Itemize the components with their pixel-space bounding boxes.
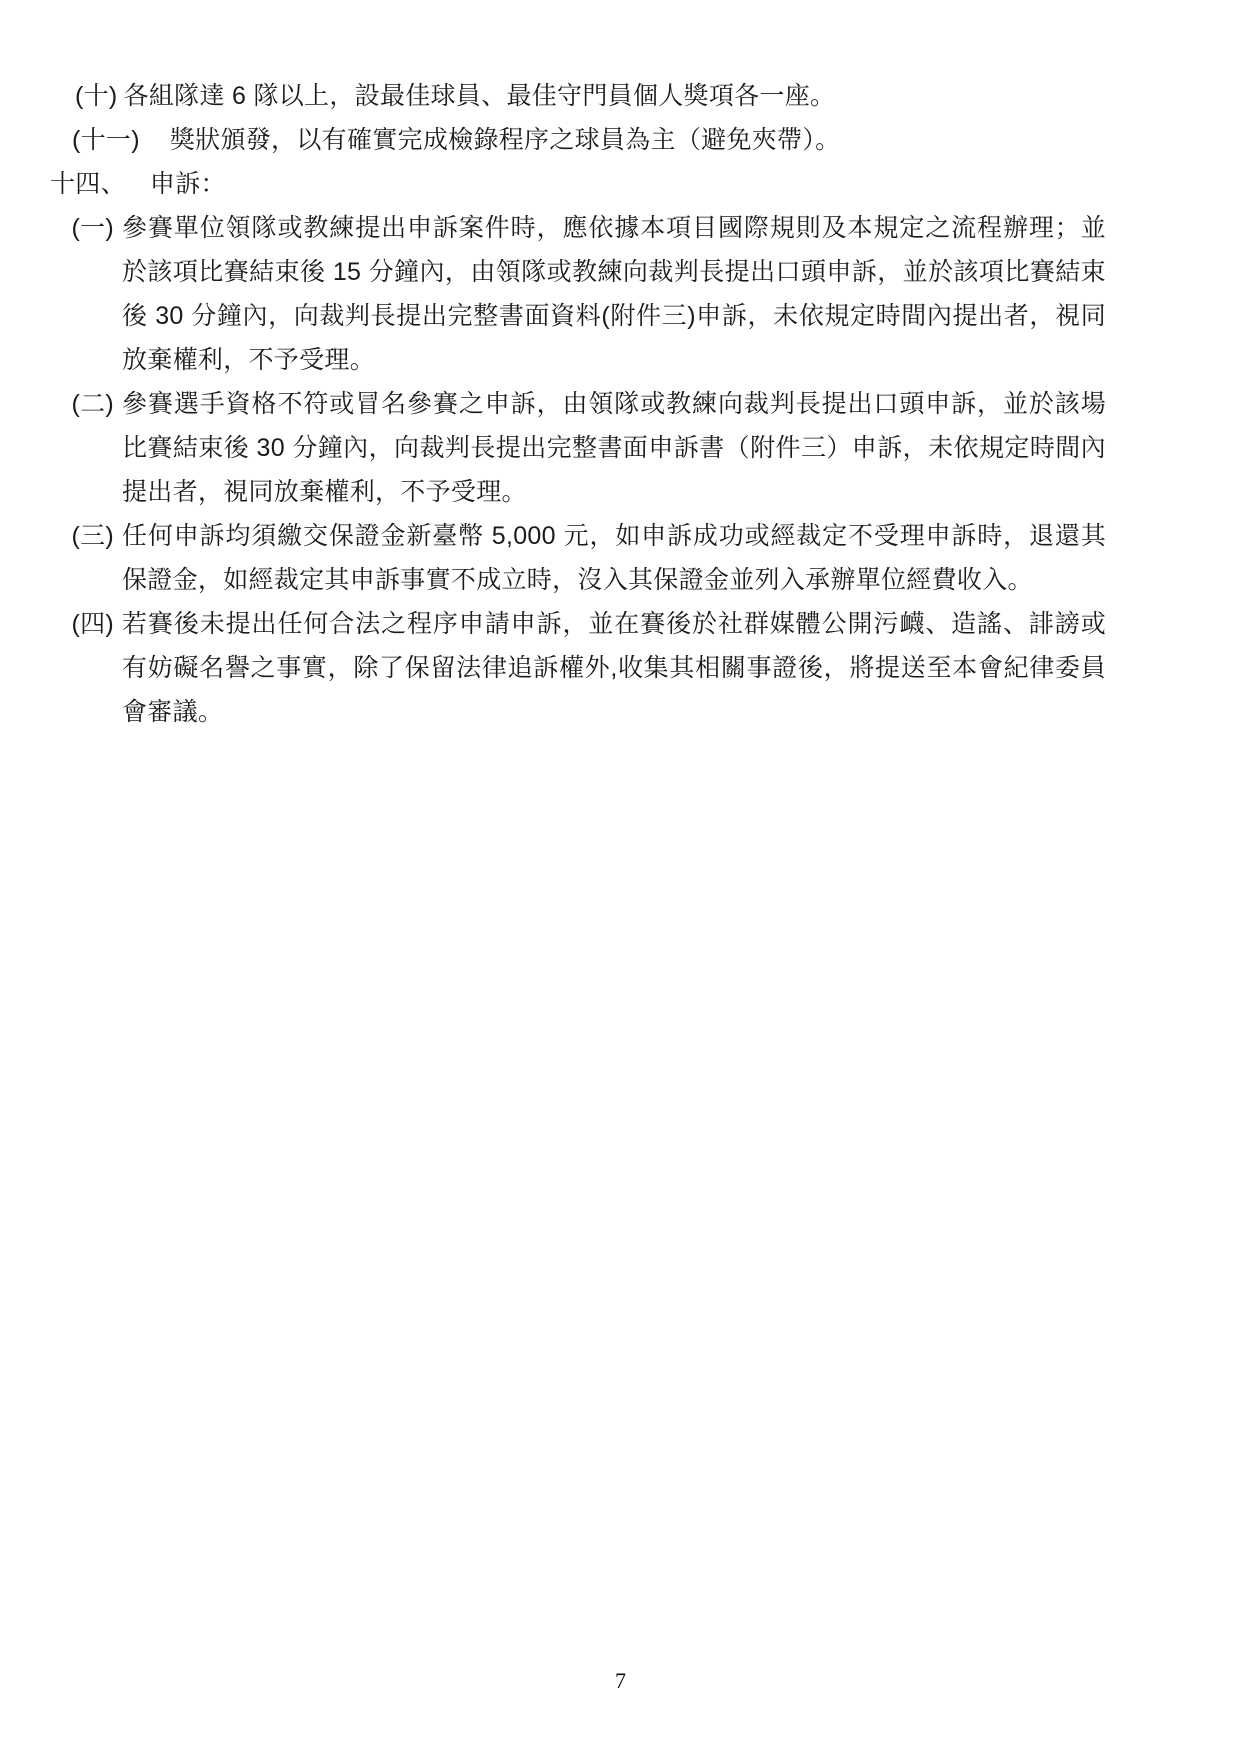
section-number-label: 十四、 <box>50 170 126 198</box>
item-text: 各組隊達 6 隊以上，設最佳球員、最佳守門員個人獎項各一座。 <box>124 82 836 110</box>
clause-item-10: (十)各組隊達 6 隊以上，設最佳球員、最佳守門員個人獎項各一座。 <box>75 74 1241 118</box>
item-text: 任何申訴均須繳交保證金新臺幣 5,000 元，如申訴成功或經裁定不受理申訴時，退… <box>122 522 1106 594</box>
item-text: 獎狀頒發，以有確實完成檢錄程序之球員為主（避免夾帶）。 <box>170 126 841 154</box>
item-number-label: (十) <box>75 82 118 110</box>
item-number-label: (三) <box>71 514 114 558</box>
page-number: 7 <box>0 1666 1241 1696</box>
clause-item-4: (四)若賽後未提出任何合法之程序申請申訴，並在賽後於社群媒體公開污衊、造謠、誹謗… <box>122 602 1106 734</box>
clause-item-11: (十一)獎狀頒發，以有確實完成檢錄程序之球員為主（避免夾帶）。 <box>72 118 1241 162</box>
item-number-label: (一) <box>71 206 114 250</box>
section-heading-14: 十四、申訴： <box>50 162 1241 206</box>
document-body: (十)各組隊達 6 隊以上，設最佳球員、最佳守門員個人獎項各一座。 (十一)獎狀… <box>0 74 1241 734</box>
section-title: 申訴： <box>150 170 226 198</box>
clause-item-1: (一)參賽單位領隊或教練提出申訴案件時，應依據本項目國際規則及本規定之流程辦理；… <box>122 206 1106 382</box>
item-text: 參賽選手資格不符或冒名參賽之申訴，由領隊或教練向裁判長提出口頭申訴，並於該場比賽… <box>122 390 1106 506</box>
item-number-label: (十一) <box>72 126 140 154</box>
document-page: (十)各組隊達 6 隊以上，設最佳球員、最佳守門員個人獎項各一座。 (十一)獎狀… <box>0 0 1241 1755</box>
item-number-label: (二) <box>71 382 114 426</box>
item-text: 參賽單位領隊或教練提出申訴案件時，應依據本項目國際規則及本規定之流程辦理；並於該… <box>122 214 1106 374</box>
clause-item-3: (三)任何申訴均須繳交保證金新臺幣 5,000 元，如申訴成功或經裁定不受理申訴… <box>122 514 1106 602</box>
item-text: 若賽後未提出任何合法之程序申請申訴，並在賽後於社群媒體公開污衊、造謠、誹謗或有妨… <box>122 610 1106 726</box>
clause-item-2: (二)參賽選手資格不符或冒名參賽之申訴，由領隊或教練向裁判長提出口頭申訴，並於該… <box>122 382 1106 514</box>
item-number-label: (四) <box>71 602 114 646</box>
